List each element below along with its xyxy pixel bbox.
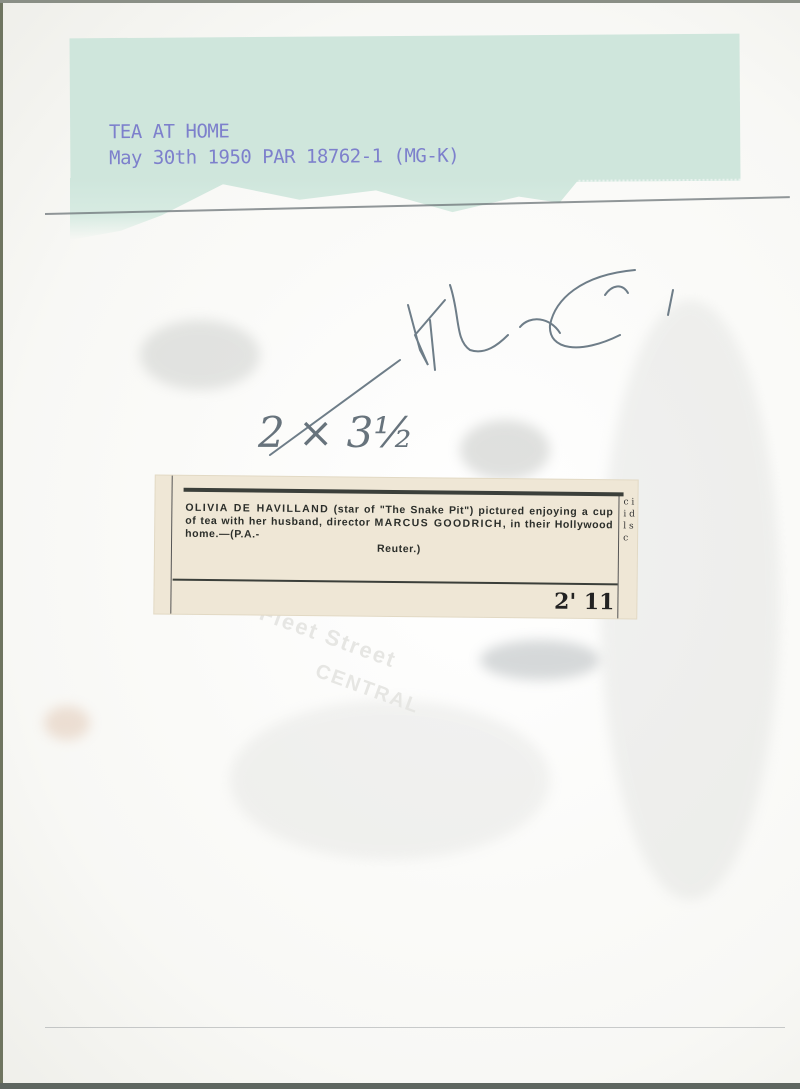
rule-mid [173, 579, 618, 586]
clipping-side-fragment: c i i d l s c [623, 496, 636, 544]
bottom-edge [0, 1083, 800, 1089]
handwritten-size-note: 2 × 3½ [258, 408, 414, 457]
clipping-bottom-fragment: 2' 11 [554, 590, 615, 615]
column-rule [170, 476, 172, 614]
smudge [480, 640, 600, 680]
label-date-ref: May 30th 1950 PAR 18762-1 (MG-K) [109, 145, 459, 169]
rule-top [184, 488, 624, 497]
caption-subject: OLIVIA DE HAVILLAND [185, 502, 329, 516]
caption-subject-2: MARCUS GOODRICH [374, 517, 502, 530]
smudge [230, 700, 550, 860]
smudge [140, 320, 260, 390]
newspaper-clipping: OLIVIA DE HAVILLAND (star of "The Snake … [154, 475, 637, 618]
top-edge [0, 0, 800, 3]
typed-label-text: TEA AT HOME May 30th 1950 PAR 18762-1 (M… [109, 117, 459, 171]
label-title: TEA AT HOME [109, 120, 229, 143]
caption-credit: Reuter.) [185, 541, 613, 558]
pencil-line [45, 1027, 785, 1028]
clipping-caption: OLIVIA DE HAVILLAND (star of "The Snake … [185, 502, 614, 558]
stain [44, 706, 90, 740]
column-rule [617, 494, 619, 618]
